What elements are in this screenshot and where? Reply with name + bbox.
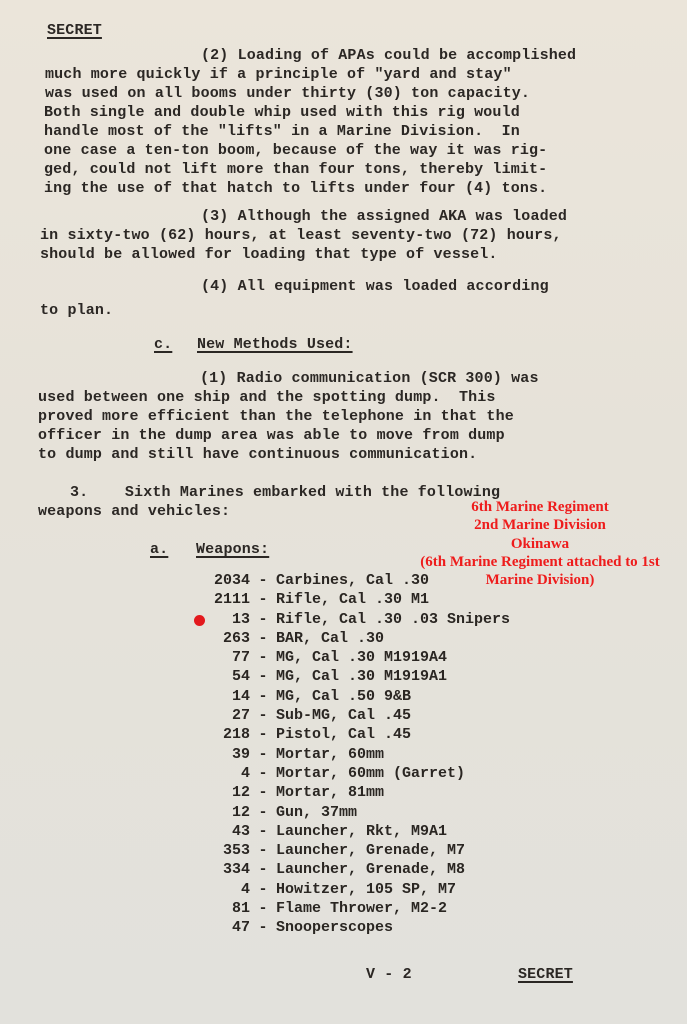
section-a-letter: a. <box>150 541 168 560</box>
classification-footer: SECRET <box>518 966 573 985</box>
weapon-description: Mortar, 60mm (Garret) <box>276 765 465 782</box>
weapon-dash: - <box>250 765 276 782</box>
weapon-row: 14-MG, Cal .50 9&B <box>196 688 510 707</box>
weapon-row: 47-Snooperscopes <box>196 919 510 938</box>
paragraph-2-line: was used on all booms under thirty (30) … <box>45 85 530 104</box>
section-c-title: New Methods Used: <box>197 336 353 355</box>
weapon-description: Mortar, 60mm <box>276 746 384 763</box>
weapon-quantity: 353 <box>196 842 250 859</box>
page-number: V - 2 <box>366 966 412 985</box>
weapon-quantity: 27 <box>196 707 250 724</box>
weapon-description: BAR, Cal .30 <box>276 630 384 647</box>
weapon-description: Launcher, Grenade, M8 <box>276 861 465 878</box>
weapon-dash: - <box>250 688 276 705</box>
weapon-quantity: 14 <box>196 688 250 705</box>
weapon-dash: - <box>250 804 276 821</box>
weapon-row: 353-Launcher, Grenade, M7 <box>196 842 510 861</box>
section-a-title: Weapons: <box>196 541 269 560</box>
paragraph-c1-line: officer in the dump area was able to mov… <box>38 427 505 446</box>
document-page: SECRET (2) Loading of APAs could be acco… <box>0 0 687 1024</box>
weapon-quantity: 12 <box>196 784 250 801</box>
weapon-dash: - <box>250 784 276 801</box>
weapon-description: Gun, 37mm <box>276 804 357 821</box>
paragraph-4-line: (4) All equipment was loaded according <box>201 278 549 297</box>
weapon-description: Rifle, Cal .30 M1 <box>276 591 429 608</box>
weapon-dash: - <box>250 842 276 859</box>
weapon-row: 4-Howitzer, 105 SP, M7 <box>196 881 510 900</box>
weapon-quantity: 4 <box>196 765 250 782</box>
weapon-dash: - <box>250 726 276 743</box>
item-3-line: weapons and vehicles: <box>38 503 230 522</box>
weapon-description: Mortar, 81mm <box>276 784 384 801</box>
weapon-dash: - <box>250 572 276 589</box>
paragraph-2-line: ing the use of that hatch to lifts under… <box>44 180 547 199</box>
item-3-line: 3. Sixth Marines embarked with the follo… <box>70 484 500 503</box>
weapon-dash: - <box>250 611 276 628</box>
paragraph-3-line: (3) Although the assigned AKA was loaded <box>201 208 567 227</box>
weapon-row: 2111-Rifle, Cal .30 M1 <box>196 591 510 610</box>
weapons-list: 2034-Carbines, Cal .302111-Rifle, Cal .3… <box>196 572 510 939</box>
weapon-row: 54-MG, Cal .30 M1919A1 <box>196 668 510 687</box>
weapon-quantity: 4 <box>196 881 250 898</box>
paragraph-2-line: one case a ten-ton boom, because of the … <box>44 142 547 161</box>
paragraph-2-line: (2) Loading of APAs could be accomplishe… <box>201 47 576 66</box>
weapon-row: 334-Launcher, Grenade, M8 <box>196 861 510 880</box>
weapon-row: 39-Mortar, 60mm <box>196 746 510 765</box>
weapon-quantity: 263 <box>196 630 250 647</box>
paragraph-4-line: to plan. <box>40 302 113 321</box>
weapon-description: Howitzer, 105 SP, M7 <box>276 881 456 898</box>
weapon-dash: - <box>250 881 276 898</box>
weapon-description: Launcher, Rkt, M9A1 <box>276 823 447 840</box>
weapon-row: 77-MG, Cal .30 M1919A4 <box>196 649 510 668</box>
weapon-quantity: 43 <box>196 823 250 840</box>
weapon-description: Carbines, Cal .30 <box>276 572 429 589</box>
paragraph-2-line: Both single and double whip used with th… <box>44 104 520 123</box>
weapon-row: 27-Sub-MG, Cal .45 <box>196 707 510 726</box>
weapon-description: MG, Cal .30 M1919A1 <box>276 668 447 685</box>
annotation-line: 2nd Marine Division <box>455 516 625 535</box>
weapon-description: Snooperscopes <box>276 919 393 936</box>
weapon-row: 81-Flame Thrower, M2-2 <box>196 900 510 919</box>
weapon-description: Pistol, Cal .45 <box>276 726 411 743</box>
weapon-quantity: 47 <box>196 919 250 936</box>
weapon-quantity: 2034 <box>196 572 250 589</box>
weapon-quantity: 2111 <box>196 591 250 608</box>
weapon-quantity: 77 <box>196 649 250 666</box>
weapon-description: Rifle, Cal .30 .03 Snipers <box>276 611 510 628</box>
weapon-dash: - <box>250 591 276 608</box>
weapon-dash: - <box>250 668 276 685</box>
annotation-line: 6th Marine Regiment <box>455 498 625 517</box>
annotation-line: (6th Marine Regiment attached to 1st <box>395 553 685 572</box>
weapon-description: MG, Cal .30 M1919A4 <box>276 649 447 666</box>
red-dot-marker-icon <box>194 615 205 626</box>
paragraph-c1-line: proved more efficient than the telephone… <box>38 408 514 427</box>
weapon-dash: - <box>250 707 276 724</box>
weapon-dash: - <box>250 746 276 763</box>
weapon-dash: - <box>250 861 276 878</box>
paragraph-c1-line: to dump and still have continuous commun… <box>38 446 477 465</box>
paragraph-2-line: handle most of the "lifts" in a Marine D… <box>44 123 520 142</box>
weapon-quantity: 39 <box>196 746 250 763</box>
weapon-description: MG, Cal .50 9&B <box>276 688 411 705</box>
paragraph-c1-line: used between one ship and the spotting d… <box>38 389 496 408</box>
weapon-description: Sub-MG, Cal .45 <box>276 707 411 724</box>
weapon-description: Flame Thrower, M2-2 <box>276 900 447 917</box>
weapon-row: 12-Gun, 37mm <box>196 804 510 823</box>
weapon-dash: - <box>250 823 276 840</box>
paragraph-3-line: in sixty-two (62) hours, at least sevent… <box>40 227 562 246</box>
paragraph-2-line: much more quickly if a principle of "yar… <box>45 66 512 85</box>
weapon-dash: - <box>250 649 276 666</box>
paragraph-3-line: should be allowed for loading that type … <box>40 246 498 265</box>
weapon-row: 43-Launcher, Rkt, M9A1 <box>196 823 510 842</box>
weapon-dash: - <box>250 919 276 936</box>
weapon-dash: - <box>250 900 276 917</box>
annotation-line: Okinawa <box>455 535 625 554</box>
weapon-row: 218-Pistol, Cal .45 <box>196 726 510 745</box>
weapon-quantity: 54 <box>196 668 250 685</box>
weapon-quantity: 12 <box>196 804 250 821</box>
weapon-row: 2034-Carbines, Cal .30 <box>196 572 510 591</box>
section-c-letter: c. <box>154 336 172 355</box>
classification-header: SECRET <box>47 22 102 41</box>
weapon-description: Launcher, Grenade, M7 <box>276 842 465 859</box>
weapon-row: 263-BAR, Cal .30 <box>196 630 510 649</box>
weapon-row: 4-Mortar, 60mm (Garret) <box>196 765 510 784</box>
weapon-row: 13-Rifle, Cal .30 .03 Snipers <box>196 611 510 630</box>
weapon-quantity: 218 <box>196 726 250 743</box>
paragraph-c1-line: (1) Radio communication (SCR 300) was <box>200 370 539 389</box>
weapon-dash: - <box>250 630 276 647</box>
weapon-row: 12-Mortar, 81mm <box>196 784 510 803</box>
paragraph-2-line: ged, could not lift more than four tons,… <box>44 161 547 180</box>
weapon-quantity: 334 <box>196 861 250 878</box>
weapon-quantity: 81 <box>196 900 250 917</box>
